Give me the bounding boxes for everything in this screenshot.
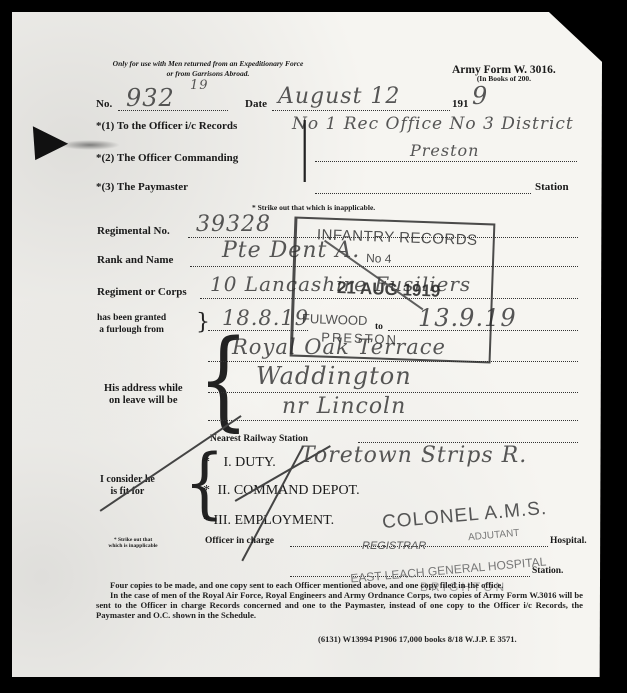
address-line-2 xyxy=(208,392,578,393)
form-number: 932 xyxy=(126,84,175,112)
recipient-3-label: The Paymaster xyxy=(117,181,188,193)
address-label-1: His address while xyxy=(104,383,183,395)
recipient-2: *(2) The Officer Commanding xyxy=(96,152,238,164)
records-stamp: INFANTRY RECORDS No 4 21 AUG 1919 FULWOO… xyxy=(290,217,496,364)
records-stamp-place: FULWOOD xyxy=(302,311,368,328)
duty-label: I. DUTY. xyxy=(224,455,276,470)
recipient-1-marker: *(1) xyxy=(96,120,114,132)
officer-in-charge-label: Officer in charge xyxy=(205,535,274,547)
regiment-label: Regiment or Corps xyxy=(97,286,187,298)
hospital-suffix: Hospital. xyxy=(550,535,587,547)
colonel-stamp-registrar: REGISTRAR xyxy=(362,540,426,552)
furlough-label: has been granted a furlough from xyxy=(97,312,166,336)
records-stamp-city: PRESTON xyxy=(321,330,398,348)
regimental-no-value: 39328 xyxy=(196,212,271,237)
recipient-1-value: No 1 Rec Office No 3 District xyxy=(292,114,574,134)
restriction-line-1: Only for use with Men returned from an E… xyxy=(88,59,328,69)
year-suffix: 9 xyxy=(472,82,488,110)
number-label: No. xyxy=(96,98,112,110)
records-stamp-number: No 4 xyxy=(366,251,392,266)
fitness-option-employment: * III. EMPLOYMENT. xyxy=(203,513,334,529)
officer-strike-note: * Strike out that which is inapplicable xyxy=(108,537,158,549)
duty-note: Toretown Strips R. xyxy=(300,443,527,468)
footer-para-1: Four copies to be made, and one copy sen… xyxy=(96,580,583,590)
furlough-label-1: has been granted xyxy=(97,312,166,324)
date-line xyxy=(272,110,450,111)
recipient-3-marker: *(3) xyxy=(96,181,114,193)
furlough-label-2: a furlough from xyxy=(97,324,166,336)
rank-name-label: Rank and Name xyxy=(97,254,173,266)
form-identifier: Army Form W. 3016. (In Books of 200. xyxy=(452,64,556,83)
recipient-2-value: Preston xyxy=(410,141,479,160)
recipient-3-station: Station xyxy=(535,181,569,193)
print-code: (6131) W13994 P1906 17,000 books 8/18 W.… xyxy=(318,634,517,644)
records-stamp-date: 21 AUG 1919 xyxy=(337,278,441,302)
command-depot-marker: * xyxy=(203,483,210,498)
recipient-2-marker: *(2) xyxy=(96,152,114,164)
recipient-3-line xyxy=(315,193,531,194)
recipient-2-label: The Officer Commanding xyxy=(117,152,238,164)
address-label: His address while on leave will be xyxy=(104,383,183,407)
command-depot-label: II. COMMAND DEPOT. xyxy=(218,483,360,498)
recipient-2-line xyxy=(315,161,577,162)
fitness-option-duty: * I. DUTY. xyxy=(203,455,276,471)
recipient-1-label: To the Officer i/c Records xyxy=(117,120,237,132)
address-value-2: Waddington xyxy=(256,362,412,390)
recipient-brace: | xyxy=(300,110,309,183)
recipient-3: *(3) The Paymaster xyxy=(96,181,188,193)
address-value-3: nr Lincoln xyxy=(282,394,406,419)
strike-note: * Strike out that which is inapplicable. xyxy=(252,203,375,212)
recipient-1: *(1) To the Officer i/c Records xyxy=(96,120,237,132)
employment-marker: * xyxy=(203,513,210,528)
year-prefix: 191 xyxy=(452,98,469,110)
footer-instructions: Four copies to be made, and one copy sen… xyxy=(96,580,583,620)
date-value: August 12 xyxy=(278,84,400,109)
regimental-no-label: Regimental No. xyxy=(97,225,170,237)
address-label-2: on leave will be xyxy=(104,395,183,407)
employment-label: III. EMPLOYMENT. xyxy=(214,513,335,528)
form-number-superscript: 19 xyxy=(190,78,209,93)
ink-smudge xyxy=(60,140,120,150)
address-line-3 xyxy=(208,420,578,421)
restriction-note: Only for use with Men returned from an E… xyxy=(88,59,328,79)
footer-para-2: In the case of men of the Royal Air Forc… xyxy=(96,590,583,620)
duty-marker: * xyxy=(203,455,210,470)
records-stamp-title: INFANTRY RECORDS xyxy=(317,226,478,249)
date-label: Date xyxy=(245,98,267,110)
